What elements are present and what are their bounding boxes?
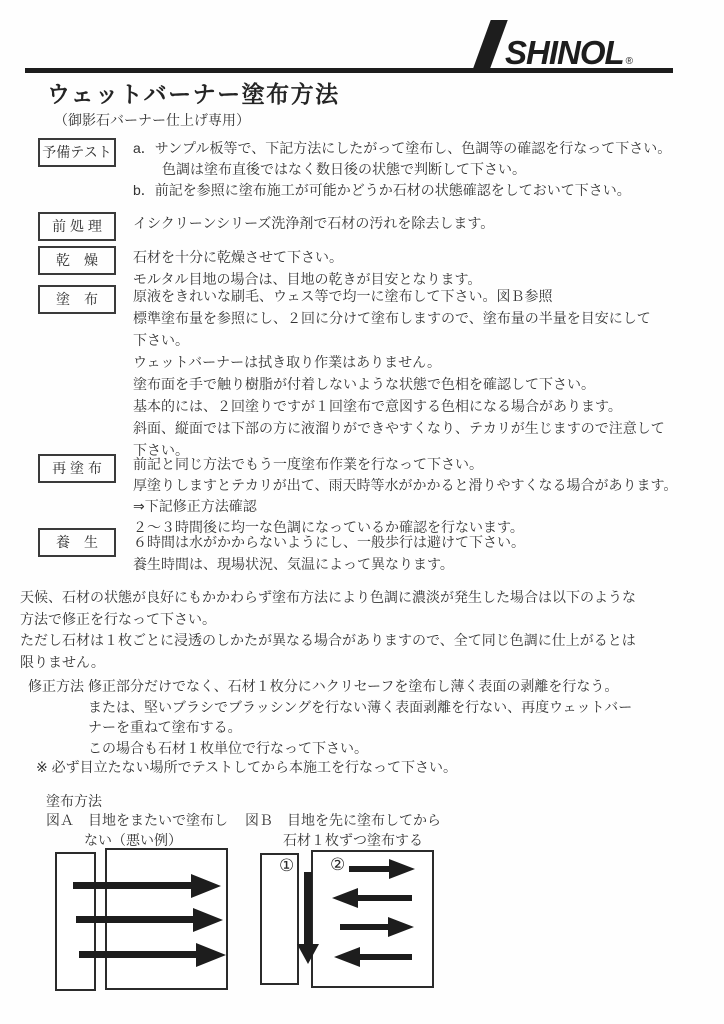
- section-text-application: 原液をきれいな刷毛、ウェス等で均一に塗布して下さい。図Ｂ参照 標準塗布量を参照に…: [133, 285, 665, 461]
- section-curing: 養 生 ６時間は水がかからないようにし、一般歩行は避けて下さい。 養生時間は、現…: [38, 528, 525, 575]
- text-line: 前記と同じ方法でもう一度塗布作業を行なって下さい。: [133, 454, 677, 475]
- logo-i-stroke-icon: [473, 20, 507, 68]
- arrow-down-icon: [297, 872, 319, 964]
- arrow-left-icon: [334, 947, 412, 967]
- arrow-right-icon: [349, 859, 415, 879]
- text-line: a．サンプル板等で、下記方法にしたがって塗布し、色調等の確認を行なって下さい。: [133, 138, 671, 159]
- section-drying: 乾 燥 石材を十分に乾燥させて下さい。 モルタル目地の場合は、目地の乾きが目安と…: [38, 246, 481, 290]
- figure-a-diagram: [55, 848, 235, 1000]
- text-line: 養生時間は、現場状況、気温によって異なります。: [133, 553, 525, 575]
- text-line: イシクリーンシリーズ洗浄剤で石材の汚れを除去します。: [133, 212, 494, 234]
- arrow-left-icon: [332, 888, 412, 908]
- logo-brand-text: SHINOL: [505, 37, 624, 68]
- text-line: 色調は塗布直後ではなく数日後の状態で判断して下さい。: [133, 159, 671, 180]
- caution-note: ※ 必ず目立たない場所でテストしてから本施工を行なって下さい。: [36, 757, 457, 777]
- text-line: ⇒下記修正方法確認: [133, 496, 677, 517]
- ishinol-logo: SHINOL ®: [468, 14, 718, 68]
- text-line: 斜面、縦面では下部の方に液溜りができやすくなり、テカリが生じますので注意して: [133, 417, 665, 439]
- section-label-pretest: 予備テスト: [38, 138, 116, 167]
- text-line: 方法で修正を行なって下さい。: [20, 609, 636, 631]
- text-line: 厚塗りしますとテカリが出て、雨天時等水がかかると滑りやすくなる場合があります。: [133, 475, 677, 496]
- correction-label: 修正方法: [28, 676, 88, 758]
- section-text-reapplication: 前記と同じ方法でもう一度塗布作業を行なって下さい。 厚塗りしますとテカリが出て、…: [133, 454, 677, 538]
- registered-trademark-symbol: ®: [626, 56, 633, 67]
- text-line: または、堅いブラシでブラッシングを行ない薄く表面剥離を行ない、再度ウェットバー: [88, 697, 632, 718]
- document-page: SHINOL ® ウェットバーナー塗布方法 （御影石バーナー仕上げ専用） 予備テ…: [0, 0, 724, 1024]
- figure-b-caption: 図Ｂ 目地を先に塗布してから: [245, 810, 441, 830]
- section-label-drying: 乾 燥: [38, 246, 116, 275]
- section-label-application: 塗 布: [38, 285, 116, 314]
- text-line: この場合も石材１枚単位で行なって下さい。: [88, 738, 632, 759]
- page-title: ウェットバーナー塗布方法: [47, 76, 340, 109]
- section-pretreatment: 前 処 理 イシクリーンシリーズ洗浄剤で石材の汚れを除去します。: [38, 212, 494, 241]
- page-subtitle: （御影石バーナー仕上げ専用）: [54, 110, 250, 130]
- step-1-marker: ①: [279, 856, 294, 876]
- arrow-right-icon: [79, 943, 226, 967]
- section-reapplication: 再 塗 布 前記と同じ方法でもう一度塗布作業を行なって下さい。 厚塗りしますとテ…: [38, 454, 677, 538]
- section-label-reapplication: 再 塗 布: [38, 454, 116, 483]
- figure-a-caption: 図Ａ 目地をまたいで塗布し: [46, 810, 228, 830]
- text-line: ナーを重ねて塗布する。: [88, 717, 632, 738]
- section-label-pretreatment: 前 処 理: [38, 212, 116, 241]
- figure-b-diagram: ① ②: [258, 848, 446, 1000]
- text-line: ただし石材は１枚ごとに浸透のしかたが異なる場合がありますので、全て同じ色調に仕上…: [20, 630, 636, 652]
- arrow-right-icon: [76, 908, 223, 932]
- color-variation-note: 天候、石材の状態が良好にもかかわらず塗布方法により色調に濃淡が発生した場合は以下…: [20, 587, 636, 673]
- text-line: 限りません。: [20, 652, 636, 674]
- text-line: 下さい。: [133, 329, 665, 351]
- section-text-pretest: a．サンプル板等で、下記方法にしたがって塗布し、色調等の確認を行なって下さい。 …: [133, 138, 671, 201]
- text-line: 塗布面を手で触り樹脂が付着しないような状態で色相を確認して下さい。: [133, 373, 665, 395]
- figure-b-caption-line2: 石材１枚ずつ塗布する: [283, 830, 423, 850]
- text-line: 標準塗布量を参照にし、２回に分けて塗布しますので、塗布量の半量を目安にして: [133, 307, 665, 329]
- arrow-right-icon: [340, 917, 414, 937]
- arrow-right-icon: [73, 874, 221, 898]
- text-line: 天候、石材の状態が良好にもかかわらず塗布方法により色調に濃淡が発生した場合は以下…: [20, 587, 636, 609]
- figure-a-caption-line2: ない（悪い例）: [84, 830, 182, 850]
- diagram-heading: 塗布方法: [46, 791, 102, 811]
- text-line: ６時間は水がかからないようにし、一般歩行は避けて下さい。: [133, 531, 525, 553]
- section-application: 塗 布 原液をきれいな刷毛、ウェス等で均一に塗布して下さい。図Ｂ参照 標準塗布量…: [38, 285, 665, 461]
- section-text-pretreatment: イシクリーンシリーズ洗浄剤で石材の汚れを除去します。: [133, 212, 494, 234]
- text-line: 修正部分だけでなく、石材１枚分にハクリセーフを塗布し薄く表面の剥離を行なう。: [88, 676, 632, 697]
- section-label-curing: 養 生: [38, 528, 116, 557]
- text-line: ウェットバーナーは拭き取り作業はありません。: [133, 351, 665, 373]
- header-rule: [25, 68, 673, 73]
- step-2-marker: ②: [330, 855, 345, 875]
- text-line: 基本的には、２回塗りですが１回塗布で意図する色相になる場合があります。: [133, 395, 665, 417]
- section-text-drying: 石材を十分に乾燥させて下さい。 モルタル目地の場合は、目地の乾きが目安となります…: [133, 246, 481, 290]
- section-pretest: 予備テスト a．サンプル板等で、下記方法にしたがって塗布し、色調等の確認を行なっ…: [38, 138, 671, 201]
- text-line: b．前記を参照に塗布施工が可能かどうか石材の状態確認をしておいて下さい。: [133, 180, 671, 201]
- text-line: 石材を十分に乾燥させて下さい。: [133, 246, 481, 268]
- text-line: 原液をきれいな刷毛、ウェス等で均一に塗布して下さい。図Ｂ参照: [133, 285, 665, 307]
- correction-method: 修正方法 修正部分だけでなく、石材１枚分にハクリセーフを塗布し薄く表面の剥離を行…: [28, 676, 632, 758]
- correction-text: 修正部分だけでなく、石材１枚分にハクリセーフを塗布し薄く表面の剥離を行なう。 ま…: [88, 676, 632, 758]
- section-text-curing: ６時間は水がかからないようにし、一般歩行は避けて下さい。 養生時間は、現場状況、…: [133, 528, 525, 575]
